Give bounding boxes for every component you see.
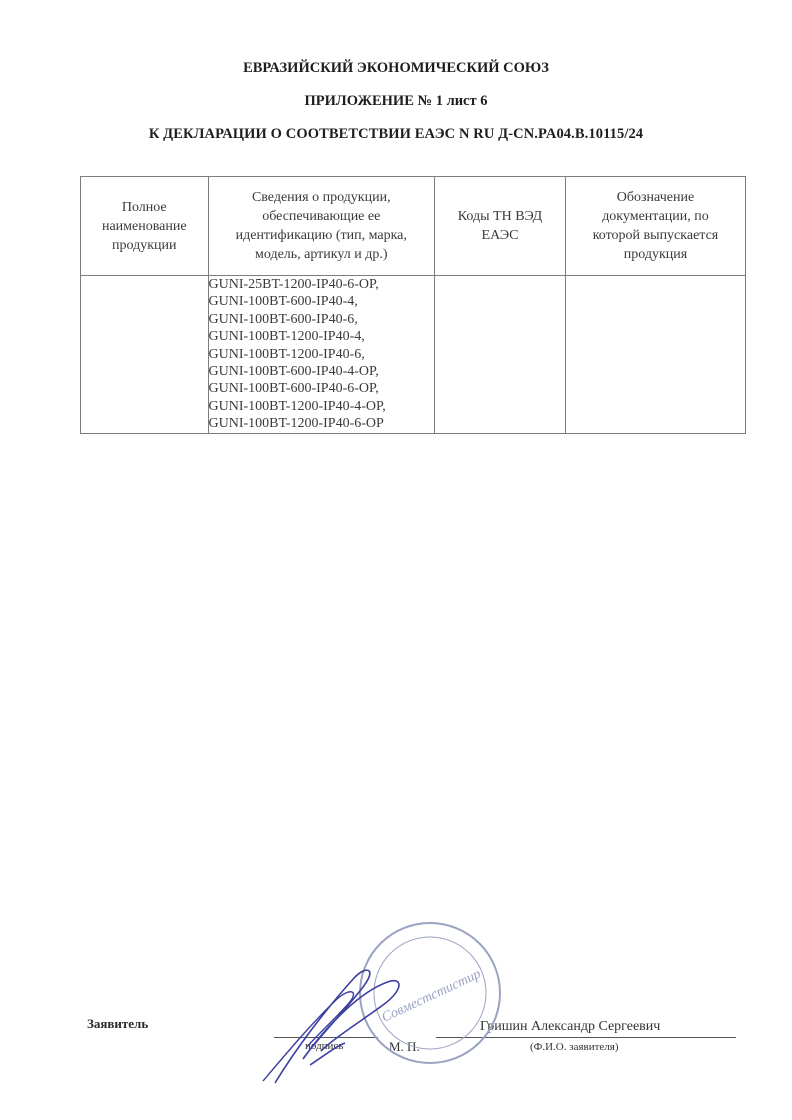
model-item: GUNI-100BT-600-IP40-4, — [209, 293, 434, 310]
model-item: GUNI-100BT-1200-IP40-4-OP, — [209, 398, 434, 415]
col-header-product-name: Полноенаименованиепродукции — [81, 177, 209, 276]
col-header-hs-codes: Коды ТН ВЭДЕАЭС — [435, 177, 566, 276]
model-item: GUNI-100BT-1200-IP40-6-OP — [209, 415, 434, 432]
declaration-number: К ДЕКЛАРАЦИИ О СООТВЕТСТВИИ ЕАЭС N RU Д-… — [0, 126, 792, 143]
model-item: GUNI-25BT-1200-IP40-6-OP, — [209, 276, 434, 293]
cell-product-name — [81, 276, 209, 434]
signature-scribble-icon — [255, 955, 425, 1085]
applicant-name: Гришин Александр Сергеевич — [480, 1019, 660, 1035]
model-item: GUNI-100BT-600-IP40-6-OP, — [209, 380, 434, 397]
model-item: GUNI-100BT-600-IP40-6, — [209, 311, 434, 328]
applicant-label: Заявитель — [87, 1016, 148, 1032]
col-header-product-info: Сведения о продукции,обеспечивающие ееид… — [208, 177, 434, 276]
table-row: GUNI-25BT-1200-IP40-6-OP,GUNI-100BT-600-… — [81, 276, 746, 434]
appendix-title: ПРИЛОЖЕНИЕ № 1 лист 6 — [0, 93, 792, 110]
cell-documentation — [565, 276, 745, 434]
col-header-documentation: Обозначениедокументации, покоторой выпус… — [565, 177, 745, 276]
cell-models: GUNI-25BT-1200-IP40-6-OP,GUNI-100BT-600-… — [208, 276, 434, 434]
model-item: GUNI-100BT-1200-IP40-6, — [209, 346, 434, 363]
union-title: ЕВРАЗИЙСКИЙ ЭКОНОМИЧЕСКИЙ СОЮЗ — [0, 60, 792, 77]
name-caption: (Ф.И.О. заявителя) — [530, 1041, 619, 1053]
product-table: Полноенаименованиепродукции Сведения о п… — [80, 176, 746, 434]
model-item: GUNI-100BT-600-IP40-4-OP, — [209, 363, 434, 380]
table-header-row: Полноенаименованиепродукции Сведения о п… — [81, 177, 746, 276]
cell-hs-codes — [435, 276, 566, 434]
model-item: GUNI-100BT-1200-IP40-4, — [209, 328, 434, 345]
